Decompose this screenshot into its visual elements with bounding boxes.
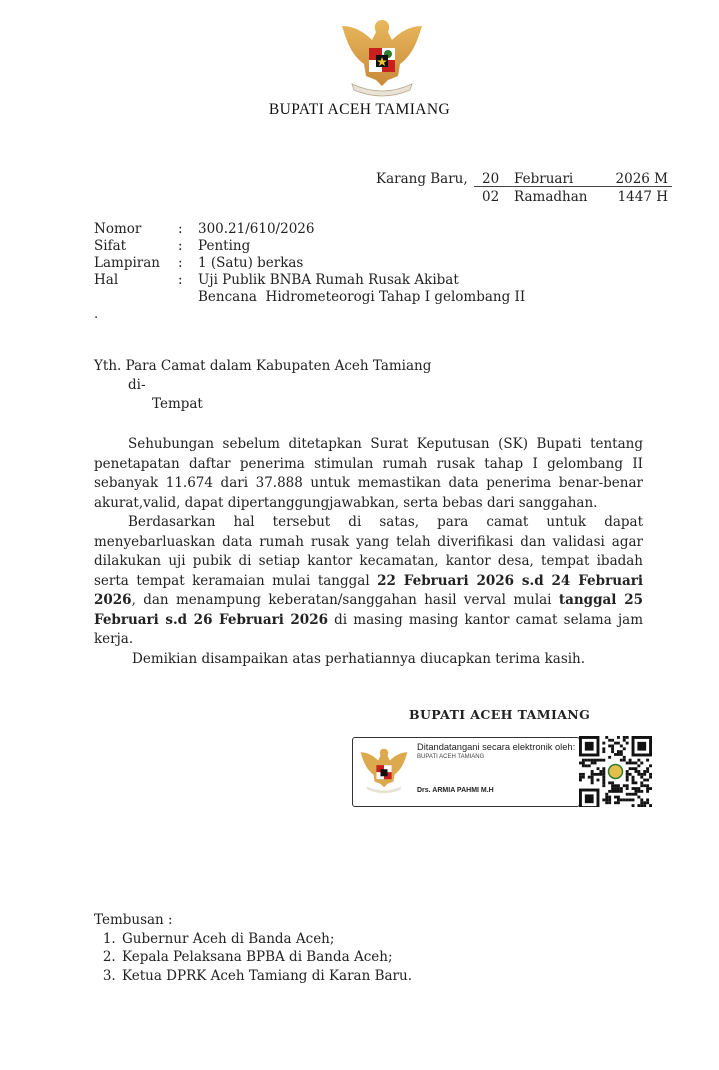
- cc-block: Tembusan : Gubernur Aceh di Banda Aceh; …: [94, 911, 412, 985]
- date-place: Karang Baru,: [376, 170, 468, 188]
- meta-value: Uji Publik BNBA Rumah Rusak Akibat Benca…: [198, 272, 554, 306]
- paragraph-2: Berdasarkan hal tersebut di satas, para …: [94, 513, 643, 650]
- recipient-di: di-: [94, 376, 431, 395]
- meta-colon: :: [178, 255, 198, 272]
- qr-code-icon: [579, 736, 652, 807]
- hijri-month: Ramadhan: [514, 188, 587, 206]
- hijri-date: 02 Ramadhan 1447 H: [376, 188, 672, 206]
- cc-title: Tembusan :: [94, 911, 412, 930]
- signed-by-office: BUPATI ACEH TAMIANG: [417, 754, 484, 760]
- meta-value: Penting: [198, 238, 554, 255]
- meta-label: Sifat: [94, 238, 178, 255]
- meta-colon: :: [178, 238, 198, 255]
- recipient-block: Yth. Para Camat dalam Kabupaten Aceh Tam…: [94, 357, 431, 414]
- meta-value: 1 (Satu) berkas: [198, 255, 554, 272]
- hal-line-1: Uji Publik BNBA Rumah Rusak Akibat: [198, 272, 459, 288]
- hal-line-2: Bencana Hidrometeorogi Tahap I gelombang…: [198, 289, 525, 305]
- signed-by-label: Ditandatangani secara elektronik oleh:: [417, 742, 575, 752]
- meta-colon: :: [178, 272, 198, 306]
- closing-paragraph: Demikian disampaikan atas perhatiannya d…: [94, 650, 643, 670]
- recipient-tempat: Tempat: [94, 395, 431, 414]
- signer-name: Drs. ARMIA PAHMI M.H: [417, 787, 494, 794]
- date-block: Karang Baru, 20 Februari 2026 M 02 Ramad…: [376, 170, 672, 206]
- garuda-emblem-icon: [357, 741, 411, 801]
- e-signature-box: Ditandatangani secara elektronik oleh: B…: [352, 737, 580, 807]
- stray-dot: .: [94, 307, 98, 322]
- signature-title: BUPATI ACEH TAMIANG: [409, 707, 590, 722]
- meta-label: Nomor: [94, 221, 178, 238]
- hijri-day: 02: [482, 188, 499, 206]
- meta-label: Hal: [94, 272, 178, 306]
- cc-item: Gubernur Aceh di Banda Aceh;: [120, 930, 412, 949]
- recipient-line: Yth. Para Camat dalam Kabupaten Aceh Tam…: [94, 357, 431, 376]
- meta-value: 300.21/610/2026: [198, 221, 554, 238]
- cc-list: Gubernur Aceh di Banda Aceh; Kepala Pela…: [94, 930, 412, 986]
- letter-meta: Nomor : 300.21/610/2026 Sifat : Penting …: [94, 221, 554, 306]
- meta-lampiran: Lampiran : 1 (Satu) berkas: [94, 255, 554, 272]
- meta-sifat: Sifat : Penting: [94, 238, 554, 255]
- gregorian-date: Karang Baru, 20 Februari 2026 M: [376, 170, 672, 188]
- meta-nomor: Nomor : 300.21/610/2026: [94, 221, 554, 238]
- paragraph-1: Sehubungan sebelum ditetapkan Surat Kepu…: [94, 435, 643, 513]
- meta-colon: :: [178, 221, 198, 238]
- meta-hal: Hal : Uji Publik BNBA Rumah Rusak Akibat…: [94, 272, 554, 306]
- garuda-emblem-icon: [336, 14, 428, 102]
- cc-item: Kepala Pelaksana BPBA di Banda Aceh;: [120, 948, 412, 967]
- cc-item: Ketua DPRK Aceh Tamiang di Karan Baru.: [120, 967, 412, 986]
- meta-label: Lampiran: [94, 255, 178, 272]
- hijri-year: 1447 H: [618, 188, 668, 206]
- p2-text: , dan menampung keberatan/sanggahan hasi…: [132, 592, 559, 608]
- letter-body: Sehubungan sebelum ditetapkan Surat Kepu…: [94, 435, 643, 669]
- date-underline: [474, 186, 672, 187]
- header-title: BUPATI ACEH TAMIANG: [0, 101, 719, 119]
